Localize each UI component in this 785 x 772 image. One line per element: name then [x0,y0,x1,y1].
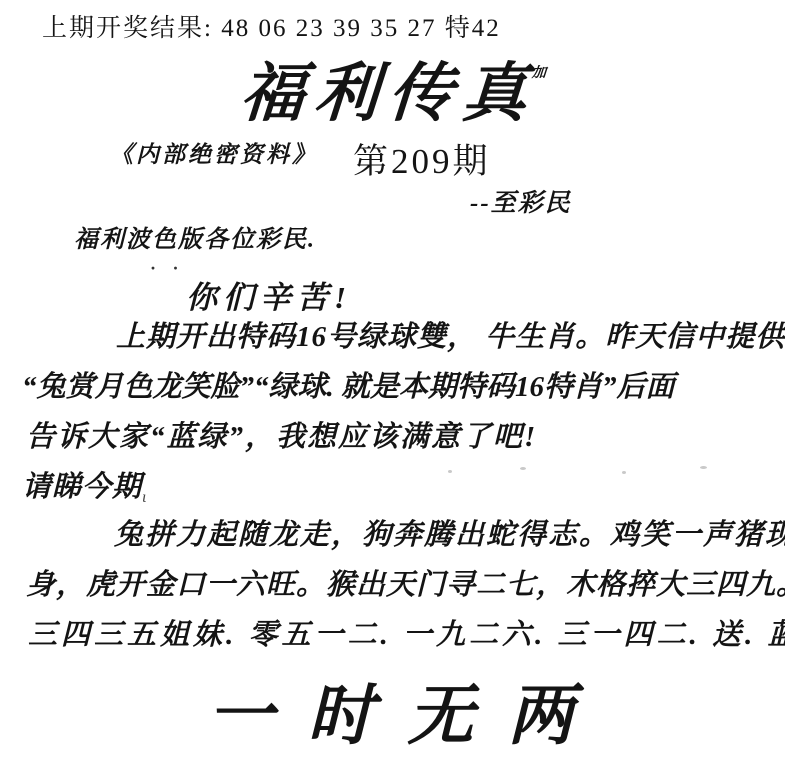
page-title-text: 福利传真 [238,58,539,129]
fortune-fax-sheet: { "page": { "header": { "last_draw_resul… [0,0,785,772]
paragraph2-line3: 三四三五姐妹. 零五一二. 一九二六. 三一四二. 送. 蓝绿 [28,612,785,653]
dedication-line: --至彩民 [470,183,572,219]
masthead: 福利传真加 [0,42,785,134]
paper-noise-dot [700,466,707,469]
paper-noise-dot [520,467,526,470]
paragraph2-line1: 兔拼力起随龙走，狗奔腾出蛇得志。鸡笑一声猪现 [114,512,785,553]
paragraph1-line2: “兔赏月色龙笑脸”“绿球. 就是本期特码16特肖”后面 [22,364,675,405]
issue-number: 第209期 [353,134,491,184]
paragraph2-line2: 身，虎开金口一六旺。猴出天门寻二七，木格捽大三四九。 [26,562,785,603]
small-dots-mark: · · [150,258,185,279]
paper-noise-dot [448,470,452,473]
prompt-text: 请睇今期 [22,471,142,503]
paragraph1-line1: 上期开出特码16号绿球雙， 牛生肖。昨天信中提供 [116,314,785,355]
paper-noise-dot [560,201,563,204]
salutation-line: 福利波色版各位彩民. [74,219,316,254]
greeting-line: 你们辛苦! [186,272,352,317]
page-title: 福利传真加 [237,42,547,134]
prompt-small-mark: ι [142,489,147,506]
title-superscript-mark: 加 [531,66,546,81]
prompt-line: 请睇今期ι [22,464,147,507]
footer-slogan: 一时无两 [0,662,785,757]
last-draw-results: 上期开奖结果: 48 06 23 39 35 27 特42 [42,8,501,44]
paragraph1-line3: 告诉大家“蓝绿”，我想应该满意了吧! [26,414,537,455]
source-label: 《内部绝密资料》 [110,136,318,169]
paper-noise-dot [622,471,626,474]
